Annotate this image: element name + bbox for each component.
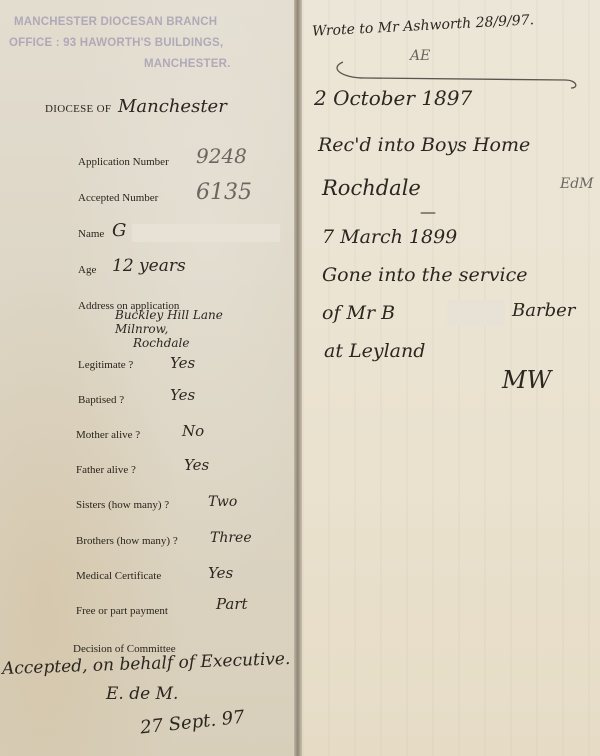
redacted-surname <box>447 300 505 326</box>
brothers-value: Three <box>210 530 252 546</box>
medical-certificate-label: Medical Certificate <box>76 570 161 582</box>
legitimate-label: Legitimate ? <box>78 359 133 371</box>
stamp-line-3: MANCHESTER. <box>144 58 231 70</box>
age-value: 12 years <box>112 256 186 276</box>
name-value: G <box>112 220 126 241</box>
father-alive-label: Father alive ? <box>76 464 136 476</box>
entry2-date: 7 March 1899 <box>322 226 457 248</box>
father-alive-value: Yes <box>184 456 209 474</box>
mother-alive-value: No <box>182 422 204 440</box>
mother-alive-label: Mother alive ? <box>76 429 140 441</box>
payment-label: Free or part payment <box>76 605 168 617</box>
entry2-line4: at Leyland <box>324 340 425 362</box>
baptised-label: Baptised ? <box>78 394 124 406</box>
accepted-number-value: 6135 <box>196 180 252 205</box>
address-line-3: Rochdale <box>133 336 189 350</box>
page-fold <box>294 0 302 756</box>
legitimate-value: Yes <box>170 354 195 372</box>
flourish-line <box>335 56 585 90</box>
payment-value: Part <box>216 595 248 613</box>
baptised-value: Yes <box>170 386 195 404</box>
stamp-line-1: MANCHESTER DIOCESAN BRANCH <box>14 16 217 28</box>
stamp-line-2: OFFICE : 93 HAWORTH'S BUILDINGS, <box>9 37 223 49</box>
right-page <box>302 0 600 756</box>
application-number-label: Application Number <box>78 156 169 168</box>
entry1-date: 2 October 1897 <box>314 86 472 110</box>
accepted-number-label: Accepted Number <box>78 192 158 204</box>
sisters-value: Two <box>208 494 237 510</box>
decision-signature: E. de M. <box>106 684 178 704</box>
application-number-value: 9248 <box>196 144 247 168</box>
entry2-line2: Gone into the service <box>322 264 528 286</box>
entry1-initials: EdM <box>560 176 594 192</box>
diocese-value: Manchester <box>118 96 227 117</box>
age-label: Age <box>78 264 96 276</box>
entry2-line3a: of Mr B <box>322 302 395 324</box>
entry2-line3b: Barber <box>512 300 575 321</box>
sisters-label: Sisters (how many) ? <box>76 499 169 511</box>
entry2-initials: MW <box>502 366 551 394</box>
entry1-received: Rec'd into Boys Home <box>318 134 530 156</box>
entry-separator: — <box>420 202 436 221</box>
redacted-name <box>132 224 280 242</box>
address-line-2: Milnrow, <box>115 322 168 336</box>
name-label: Name <box>78 228 104 240</box>
entry1-place: Rochdale <box>322 176 421 200</box>
document-sheet: MANCHESTER DIOCESAN BRANCH OFFICE : 93 H… <box>0 0 600 756</box>
medical-certificate-value: Yes <box>208 564 233 582</box>
address-line-1: Buckley Hill Lane <box>115 308 223 322</box>
brothers-label: Brothers (how many) ? <box>76 535 178 547</box>
diocese-label: DIOCESE OF <box>45 103 111 115</box>
